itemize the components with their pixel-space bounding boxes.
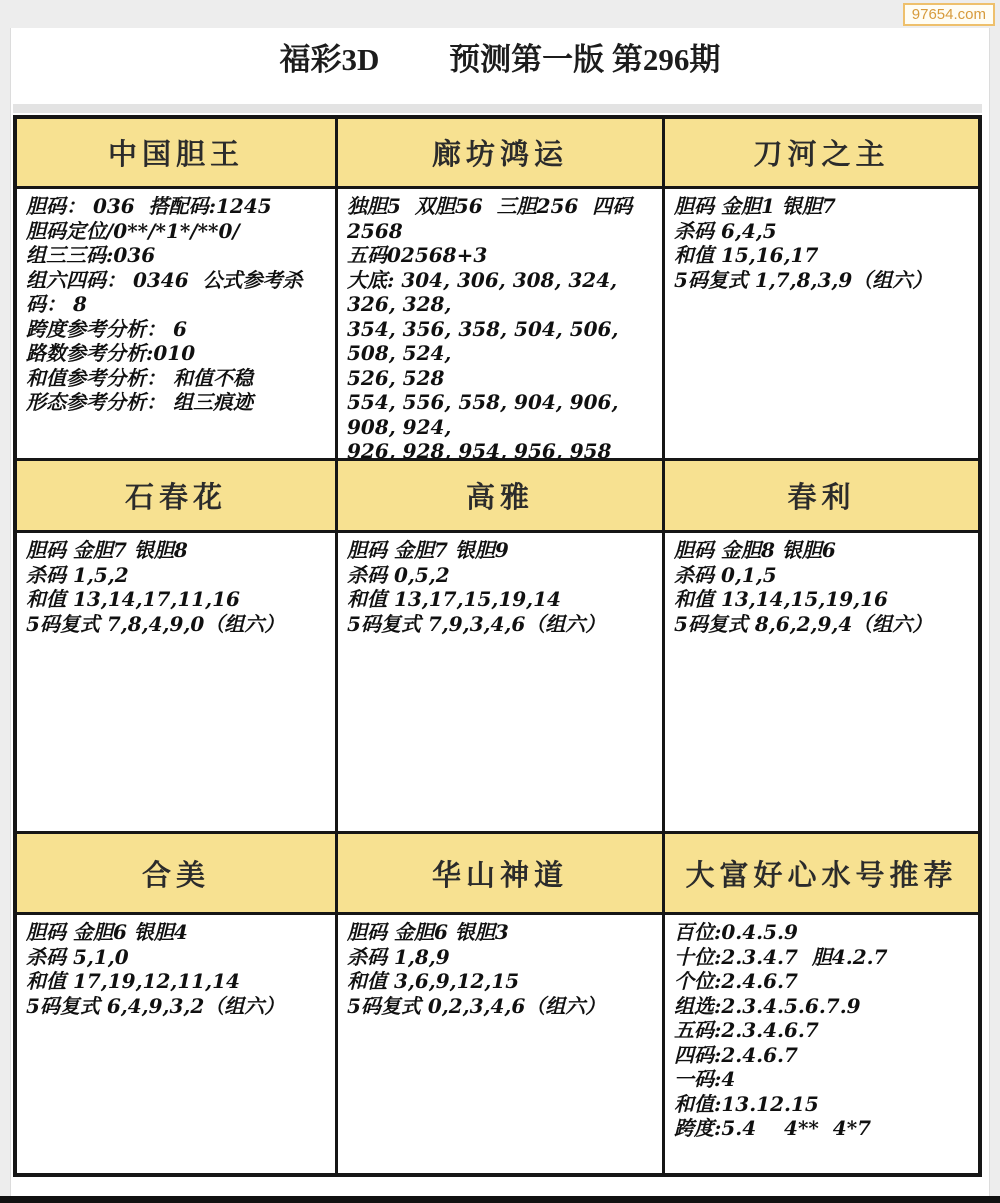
body-line: 和值 15,16,17 (674, 243, 970, 268)
body-line: 5码复式 7,8,4,9,0（组六） (26, 612, 327, 637)
body-line: 926, 928, 954, 956, 958 (347, 439, 654, 461)
body-line: 胆码 金胆8 银胆6 (674, 538, 970, 563)
page-title: 福彩3D 预测第一版 第296期 (0, 34, 1000, 79)
body-line: 组六四码： 0346 公式参考杀码： 8 (26, 268, 327, 317)
body-line: 跨度参考分析： 6 (26, 317, 327, 342)
body-line: 五码:2.3.4.6.7 (674, 1018, 970, 1043)
site-watermark: 97654.com (903, 3, 995, 26)
cell-header-hemei: 合美 (17, 834, 338, 915)
body-line: 和值:13.12.15 (674, 1092, 970, 1117)
body-line: 和值 13,14,15,19,16 (674, 587, 970, 612)
body-line: 五码02568+3 (347, 243, 654, 268)
cell-header-shichunhua: 石春花 (17, 461, 338, 533)
body-line: 554, 556, 558, 904, 906, 908, 924, (347, 390, 654, 439)
cell-header-gaoya: 高雅 (338, 461, 665, 533)
cell-body-shichunhua: 胆码 金胆7 银胆8杀码 1,5,2和值 13,14,17,11,165码复式 … (17, 533, 338, 834)
body-line: 5码复式 0,2,3,4,6（组六） (347, 994, 654, 1019)
body-line: 5码复式 8,6,2,9,4（组六） (674, 612, 970, 637)
cell-body-gaoya: 胆码 金胆7 银胆9杀码 0,5,2和值 13,17,15,19,145码复式 … (338, 533, 665, 834)
body-line: 一码:4 (674, 1067, 970, 1092)
body-line: 和值 13,14,17,11,16 (26, 587, 327, 612)
body-line: 526, 528 (347, 366, 654, 391)
body-line: 2568 (347, 219, 654, 244)
cell-header-daohezhizhu: 刀河之主 (665, 119, 978, 189)
title-divider (13, 104, 982, 113)
body-line: 杀码 0,1,5 (674, 563, 970, 588)
body-line: 组选:2.3.4.5.6.7.9 (674, 994, 970, 1019)
body-line: 杀码 1,8,9 (347, 945, 654, 970)
body-line: 和值 13,17,15,19,14 (347, 587, 654, 612)
cell-body-huashanshendao: 胆码 金胆6 银胆3杀码 1,8,9和值 3,6,9,12,155码复式 0,2… (338, 915, 665, 1173)
body-line: 和值参考分析： 和值不稳 (26, 366, 327, 391)
cell-body-langfanghongyun: 独胆5 双胆56 三胆256 四码2568五码02568+3大底: 304, 3… (338, 189, 665, 461)
cell-body-chunli: 胆码 金胆8 银胆6杀码 0,1,5和值 13,14,15,19,165码复式 … (665, 533, 978, 834)
body-line: 个位:2.4.6.7 (674, 969, 970, 994)
body-line: 和值 17,19,12,11,14 (26, 969, 327, 994)
cell-header-langfanghongyun: 廊坊鸿运 (338, 119, 665, 189)
body-line: 胆码： 036 搭配码:1245 (26, 194, 327, 219)
body-line: 跨度:5.4 4** 4*7 (674, 1116, 970, 1141)
cell-header-zhongguodanwang: 中国胆王 (17, 119, 338, 189)
body-line: 大底: 304, 306, 308, 324, 326, 328, (347, 268, 654, 317)
body-line: 5码复式 7,9,3,4,6（组六） (347, 612, 654, 637)
cell-body-daohezhizhu: 胆码 金胆1 银胆7杀码 6,4,5和值 15,16,175码复式 1,7,8,… (665, 189, 978, 461)
body-line: 百位:0.4.5.9 (674, 920, 970, 945)
cell-body-hemei: 胆码 金胆6 银胆4杀码 5,1,0和值 17,19,12,11,145码复式 … (17, 915, 338, 1173)
body-line: 组三三码:036 (26, 243, 327, 268)
body-line: 独胆5 双胆56 三胆256 四码 (347, 194, 654, 219)
body-line: 胆码 金胆7 银胆8 (26, 538, 327, 563)
cell-body-dafuhaoxin: 百位:0.4.5.9十位:2.3.4.7 胆4.2.7个位:2.4.6.7组选:… (665, 915, 978, 1173)
body-line: 胆码 金胆7 银胆9 (347, 538, 654, 563)
body-line: 胆码定位/0**/*1*/**0/ (26, 219, 327, 244)
body-line: 胆码 金胆6 银胆4 (26, 920, 327, 945)
body-line: 和值 3,6,9,12,15 (347, 969, 654, 994)
prediction-grid: 中国胆王 廊坊鸿运 刀河之主 胆码： 036 搭配码:1245胆码定位/0**/… (13, 115, 982, 1177)
cell-body-zhongguodanwang: 胆码： 036 搭配码:1245胆码定位/0**/*1*/**0/组三三码:03… (17, 189, 338, 461)
body-line: 四码:2.4.6.7 (674, 1043, 970, 1068)
bottom-edge-bar (0, 1196, 1000, 1203)
body-line: 十位:2.3.4.7 胆4.2.7 (674, 945, 970, 970)
body-line: 5码复式 6,4,9,3,2（组六） (26, 994, 327, 1019)
body-line: 杀码 6,4,5 (674, 219, 970, 244)
body-line: 杀码 5,1,0 (26, 945, 327, 970)
body-line: 杀码 0,5,2 (347, 563, 654, 588)
cell-header-chunli: 春利 (665, 461, 978, 533)
body-line: 5码复式 1,7,8,3,9（组六） (674, 268, 970, 293)
body-line: 354, 356, 358, 504, 506, 508, 524, (347, 317, 654, 366)
body-line: 形态参考分析： 组三痕迹 (26, 390, 327, 415)
body-line: 路数参考分析:010 (26, 341, 327, 366)
body-line: 杀码 1,5,2 (26, 563, 327, 588)
cell-header-huashanshendao: 华山神道 (338, 834, 665, 915)
cell-header-dafuhaoxin: 大富好心水号推荐 (665, 834, 978, 915)
body-line: 胆码 金胆1 银胆7 (674, 194, 970, 219)
body-line: 胆码 金胆6 银胆3 (347, 920, 654, 945)
